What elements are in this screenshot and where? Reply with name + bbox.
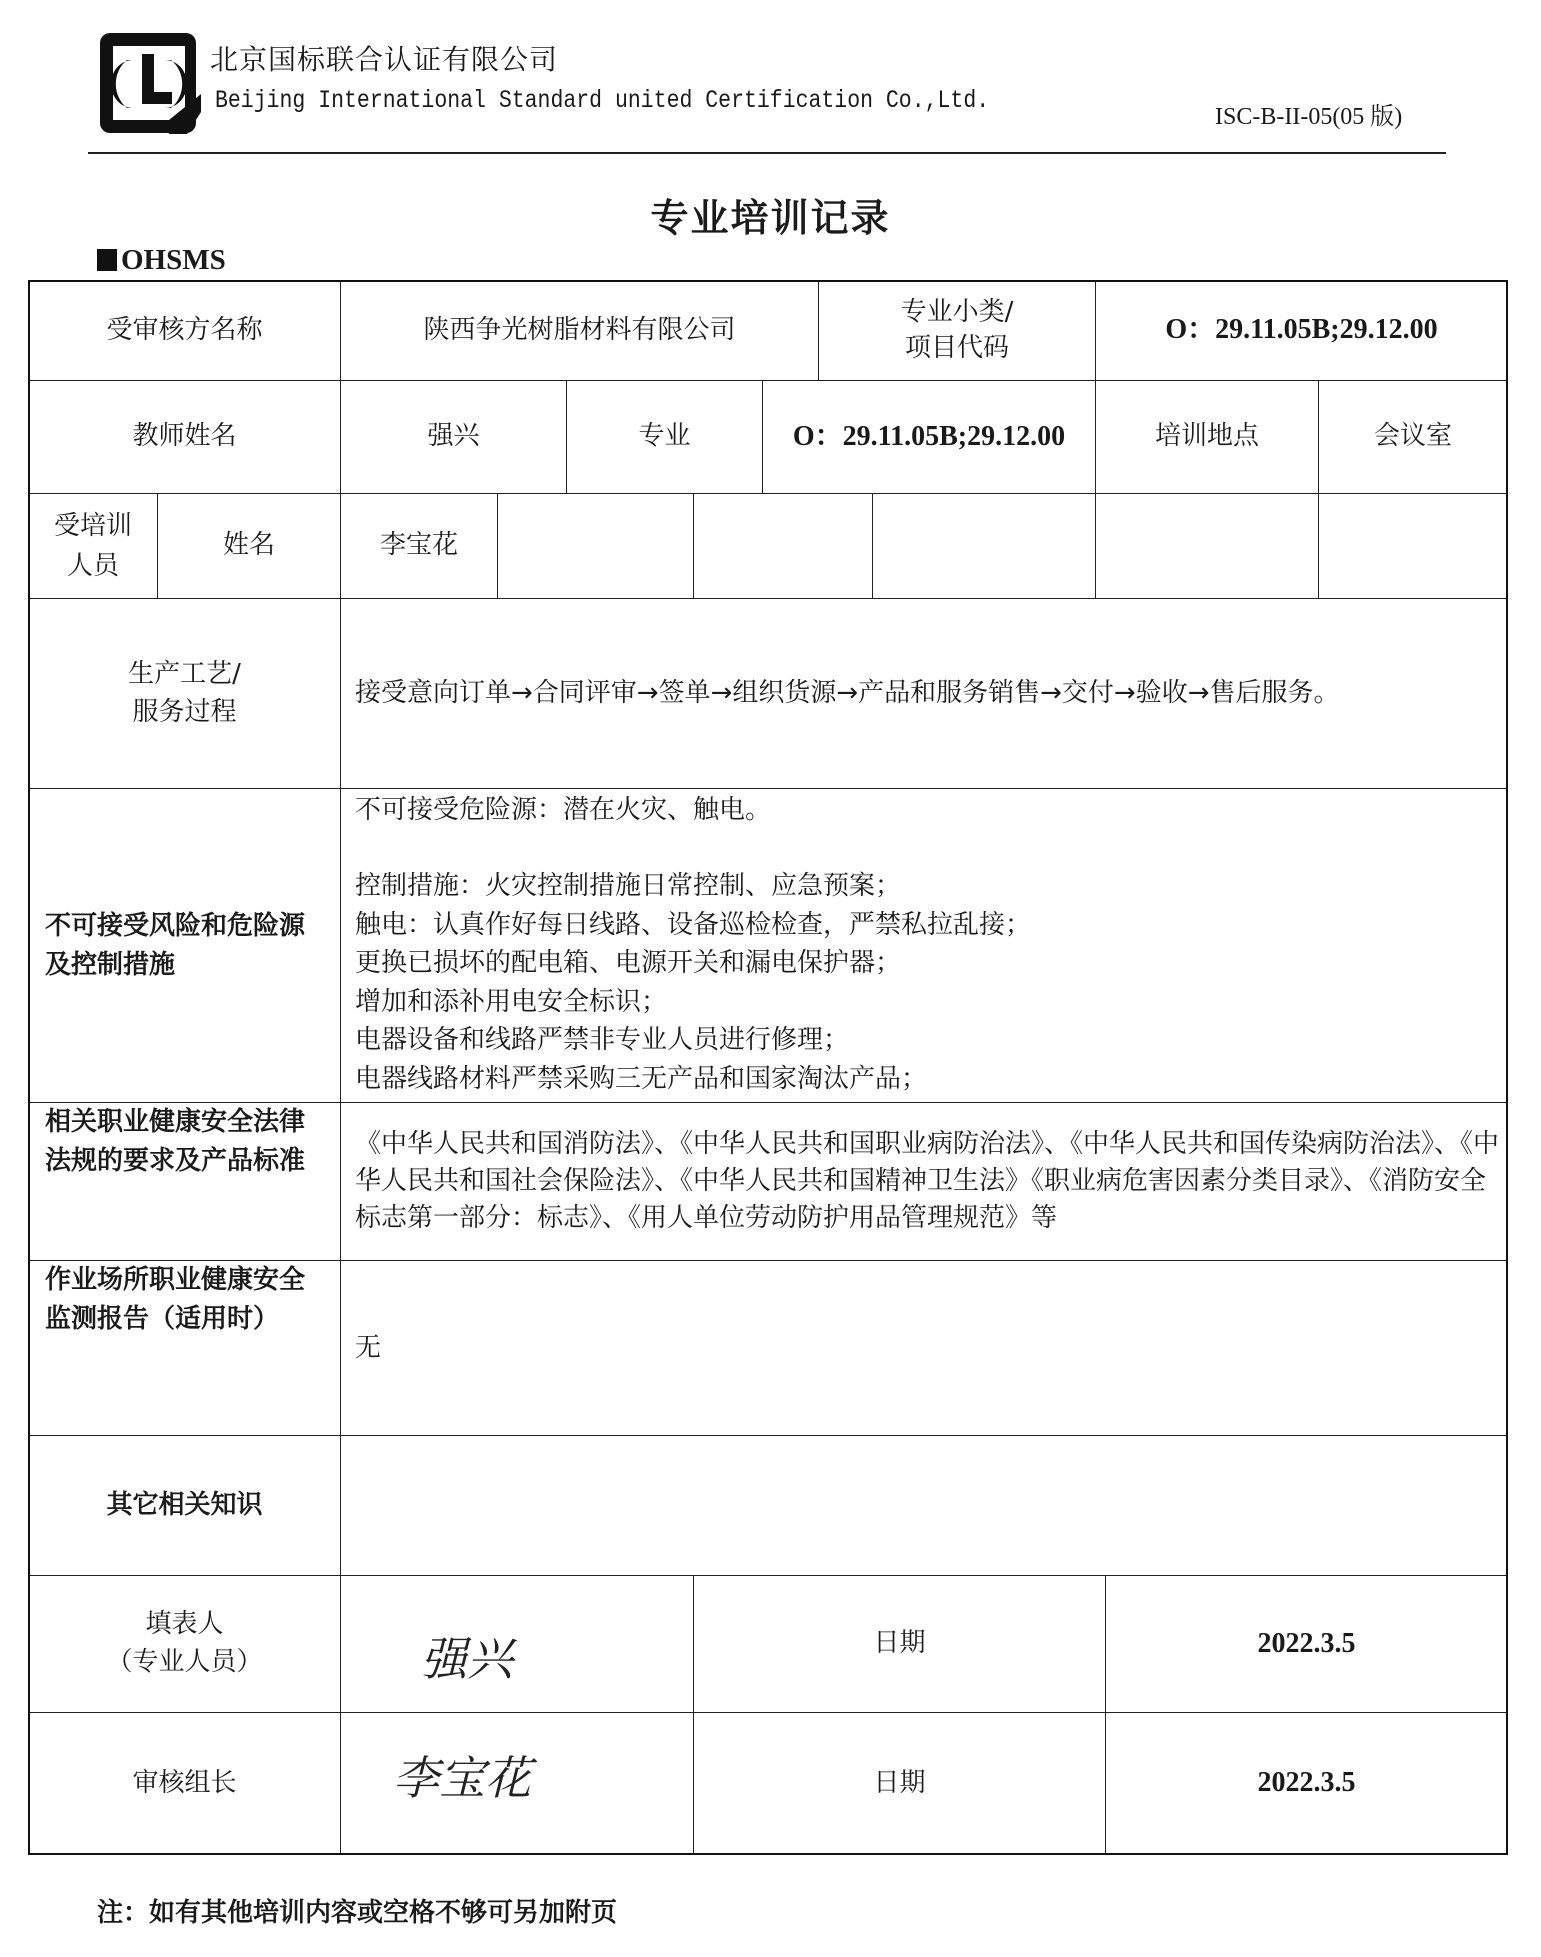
laws-label-cell: 相关职业健康安全法律 法规的要求及产品标准: [28, 1102, 341, 1261]
risk-line: 增加和添补用电安全标识；: [355, 983, 667, 1021]
trainee-name-label: 姓名: [223, 527, 275, 565]
other-label-cell: 其它相关知识: [28, 1435, 341, 1576]
risk-line: 控制措施：火灾控制措施日常控制、应急预案；: [355, 867, 901, 905]
teacher-label-cell: 教师姓名: [28, 380, 341, 494]
trainee-cell: [497, 493, 694, 599]
company-name-cn: 北京国标联合认证有限公司: [210, 38, 558, 78]
filler-date-label: 日期: [873, 1625, 925, 1663]
process-label-line2: 服务过程: [132, 694, 236, 732]
specialty-label-cell: 专业: [566, 380, 763, 494]
reviewer-date-cell: 2022.3.5: [1105, 1712, 1508, 1855]
risk-line: 电器线路材料严禁采购三无产品和国家淘汰产品；: [355, 1060, 927, 1098]
page-title: 专业培训记录: [0, 187, 1541, 242]
auditee-value: 陕西争光树脂材料有限公司: [423, 312, 735, 350]
laws-value-cell: 《中华人民共和国消防法》、《中华人民共和国职业病防治法》、《中华人民共和国传染病…: [340, 1102, 1508, 1261]
trainee-label-line1: 受培训: [54, 506, 132, 546]
location-value: 会议室: [1374, 418, 1452, 456]
other-label: 其它相关知识: [106, 1487, 262, 1525]
location-value-cell: 会议室: [1318, 380, 1508, 494]
process-label-cell: 生产工艺/ 服务过程: [28, 598, 341, 789]
reviewer-label: 审核组长: [132, 1765, 236, 1803]
auditee-label: 受审核方名称: [106, 312, 262, 350]
reviewer-label-cell: 审核组长: [28, 1712, 341, 1855]
reviewer-signature: 李宝花: [393, 1745, 531, 1812]
category-label-line2: 项目代码: [905, 331, 1009, 366]
risk-line: 不可接受危险源：潜在火灾、触电。: [355, 791, 771, 829]
category-label-line1: 专业小类/: [901, 295, 1014, 330]
header-divider: [88, 152, 1446, 154]
category-value-cell: O：29.11.05B;29.12.00: [1095, 280, 1508, 381]
trainee-cell: [872, 493, 1096, 599]
trainee-name: 李宝花: [380, 527, 458, 565]
reviewer-date: 2022.3.5: [1258, 1763, 1356, 1804]
trainee-label-line2: 人员: [67, 546, 119, 586]
other-value-cell: [340, 1435, 1508, 1576]
monitor-label-cell: 作业场所职业健康安全 监测报告（适用时）: [28, 1260, 341, 1436]
filler-date-cell: 2022.3.5: [1105, 1575, 1508, 1713]
teacher-label: 教师姓名: [132, 418, 236, 456]
monitor-value: 无: [355, 1329, 381, 1367]
risk-line: 更换已损坏的配电箱、电源开关和漏电保护器；: [355, 944, 901, 982]
laws-value: 《中华人民共和国消防法》、《中华人民共和国职业病防治法》、《中华人民共和国传染病…: [355, 1126, 1499, 1237]
category-value: O：29.11.05B;29.12.00: [1165, 310, 1437, 351]
specialty-label: 专业: [638, 418, 690, 456]
reviewer-signature-cell: 李宝花: [340, 1712, 694, 1855]
filler-signature: 强兴: [421, 1626, 513, 1693]
company-logo-icon: [97, 30, 203, 138]
auditee-label-cell: 受审核方名称: [28, 280, 341, 381]
trainee-name-label-cell: 姓名: [157, 493, 341, 599]
filler-label-line2: （专业人员）: [106, 1644, 262, 1682]
system-tag: OHSMS: [97, 244, 226, 277]
trainee-cell: [1318, 493, 1508, 599]
specialty-value: O：29.11.05B;29.12.00: [793, 417, 1065, 458]
monitor-value-cell: 无: [340, 1260, 1508, 1436]
system-tag-label: OHSMS: [121, 244, 226, 276]
laws-label-line2: 法规的要求及产品标准: [45, 1142, 305, 1181]
location-label: 培训地点: [1155, 418, 1259, 456]
trainee-label-cell: 受培训 人员: [28, 493, 158, 599]
process-label-line1: 生产工艺/: [128, 656, 241, 694]
reviewer-date-label-cell: 日期: [693, 1712, 1106, 1855]
teacher-value: 强兴: [427, 418, 479, 456]
filler-date: 2022.3.5: [1258, 1624, 1356, 1665]
category-label-cell: 专业小类/ 项目代码: [818, 280, 1096, 381]
filler-label-cell: 填表人 （专业人员）: [28, 1575, 341, 1713]
trainee-cell: [693, 493, 873, 599]
document-code: ISC-B-II-05(05 版): [1215, 96, 1402, 131]
risk-label-line1: 不可接受风险和危险源: [45, 907, 305, 946]
teacher-value-cell: 强兴: [340, 380, 567, 494]
risk-line: 电器设备和线路严禁非专业人员进行修理；: [355, 1021, 849, 1059]
monitor-label-line2: 监测报告（适用时）: [45, 1300, 279, 1339]
process-value: 接受意向订单→合同评审→签单→组织货源→产品和服务销售→交付→验收→售后服务。: [355, 674, 1340, 712]
auditee-value-cell: 陕西争光树脂材料有限公司: [340, 280, 819, 381]
risk-label-line2: 及控制措施: [45, 946, 175, 985]
risk-value-cell: 不可接受危险源：潜在火灾、触电。 控制措施：火灾控制措施日常控制、应急预案； 触…: [340, 788, 1508, 1103]
process-value-cell: 接受意向订单→合同评审→签单→组织货源→产品和服务销售→交付→验收→售后服务。: [340, 598, 1508, 789]
trainee-cell: 李宝花: [340, 493, 498, 599]
trainee-cell: [1095, 493, 1319, 599]
filler-signature-cell: 强兴: [340, 1575, 694, 1713]
company-name-en: Beijing International Standard united Ce…: [215, 86, 989, 115]
laws-label-line1: 相关职业健康安全法律: [45, 1103, 305, 1142]
filler-date-label-cell: 日期: [693, 1575, 1106, 1713]
footnote: 注：如有其他培训内容或空格不够可另加附页: [97, 1892, 617, 1929]
specialty-value-cell: O：29.11.05B;29.12.00: [762, 380, 1096, 494]
filled-square-icon: [97, 249, 117, 271]
reviewer-date-label: 日期: [873, 1765, 925, 1803]
risk-label-cell: 不可接受风险和危险源 及控制措施: [28, 788, 341, 1103]
risk-line: 触电：认真作好每日线路、设备巡检检查，严禁私拉乱接；: [355, 906, 1031, 944]
filler-label-line1: 填表人: [145, 1606, 223, 1644]
location-label-cell: 培训地点: [1095, 380, 1319, 494]
monitor-label-line1: 作业场所职业健康安全: [45, 1261, 305, 1300]
